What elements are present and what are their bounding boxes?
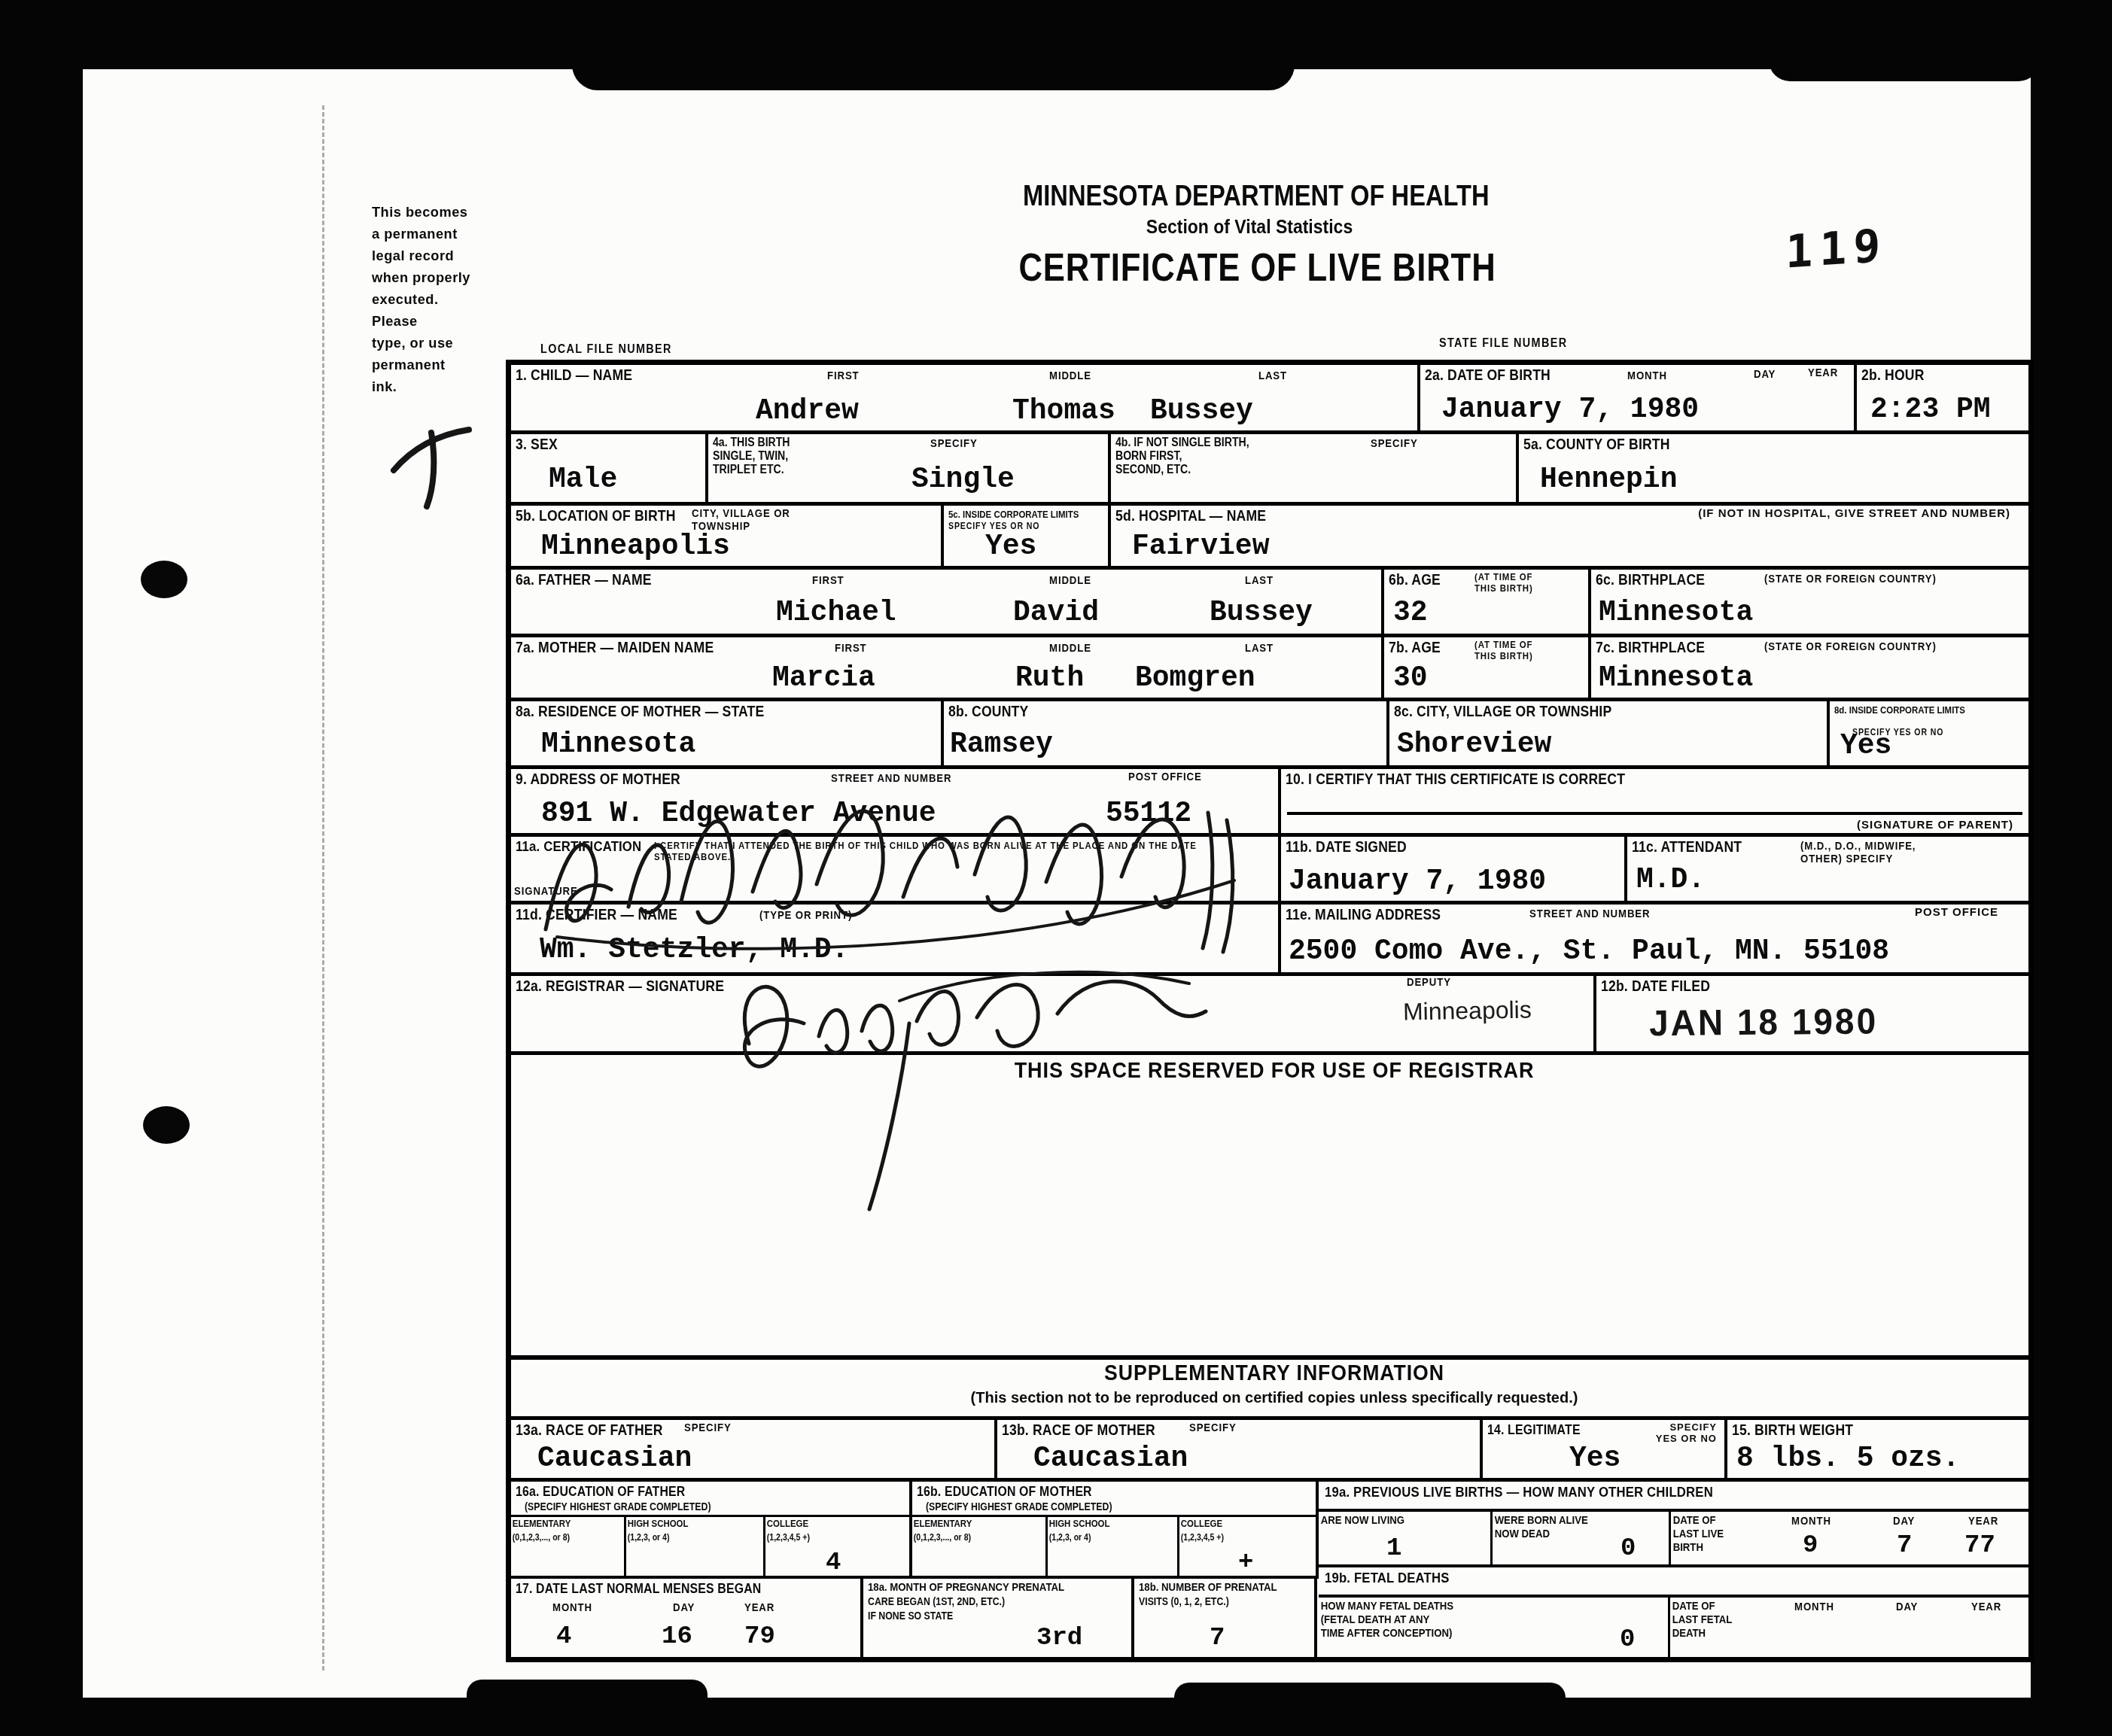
parent-signature-line <box>1287 812 2022 815</box>
field-birth-weight: 15. BIRTH WEIGHT 8 lbs. 5 ozs. <box>1727 1420 2028 1482</box>
certification-text: I CERTIFY THAT I ATTENDED THE BIRTH OF T… <box>654 840 1199 862</box>
local-file-number-label: LOCAL FILE NUMBER <box>540 343 672 357</box>
date-of-last-fetal-death-cell: DATE OF LAST FETAL DEATH MONTH DAY YEAR <box>1670 1595 2028 1657</box>
supplementary-header: SUPPLEMENTARY INFORMATION (This section … <box>511 1360 2028 1420</box>
stamped-certificate-number: 119 <box>1785 219 1887 279</box>
date-signed-value: January 7, 1980 <box>1289 865 1546 898</box>
certificate-form: 1. CHILD — NAME FIRST MIDDLE LAST Andrew… <box>506 360 2034 1662</box>
scan-top-band <box>0 0 2112 69</box>
mother-first-name: Marcia <box>772 662 875 695</box>
scan-top-blob <box>1769 60 2040 81</box>
field-certification: 11a. CERTIFICATION I CERTIFY THAT I ATTE… <box>511 837 1281 904</box>
sex-value: Male <box>549 464 617 496</box>
mother-college-cell: COLLEGE (1,2,3,4,5 +) + <box>1179 1515 1319 1579</box>
deputy-label: DEPUTY <box>1407 976 1451 989</box>
race-of-father-value: Caucasian <box>537 1443 692 1475</box>
mother-birthplace-value: Minnesota <box>1599 662 1753 695</box>
are-now-living-cell: ARE NOW LIVING 1 <box>1319 1509 1493 1567</box>
father-high-school-cell: HIGH SCHOOL (1,2,3, or 4) <box>626 1515 765 1579</box>
field-previous-live-births: 19a. PREVIOUS LIVE BIRTHS — HOW MANY OTH… <box>1319 1482 2028 1657</box>
menses-day: 16 <box>662 1622 692 1651</box>
document-title: CERTIFICATE OF LIVE BIRTH <box>1018 245 1480 290</box>
scan-bottom-band <box>0 1698 2112 1736</box>
field-mailing-address: 11e. MAILING ADDRESS STREET AND NUMBER P… <box>1281 904 2028 976</box>
father-last-name: Bussey <box>1210 597 1313 629</box>
mailing-address-value: 2500 Como Ave., St. Paul, MN. 55108 <box>1289 935 1889 968</box>
field-residence-county: 8b. COUNTY Ramsey <box>944 701 1389 769</box>
registrar-space-title: THIS SPACE RESERVED FOR USE OF REGISTRAR <box>592 1058 1957 1084</box>
father-college-cell: COLLEGE (1,2,3,4,5 +) 4 <box>765 1515 912 1579</box>
field-prenatal-visits: 18b. NUMBER OF PRENATAL VISITS (0, 1, 2,… <box>1134 1579 1317 1657</box>
field-if-not-single-birth: 4b. IF NOT SINGLE BIRTH, BORN FIRST, SEC… <box>1111 434 1519 506</box>
field-father-birthplace: 6c. BIRTHPLACE (STATE OR FOREIGN COUNTRY… <box>1591 570 2028 637</box>
field-hospital-name: 5d. HOSPITAL — NAME (IF NOT IN HOSPITAL,… <box>1111 506 2028 570</box>
father-elementary-cell: ELEMENTARY (0,1,2,3,..., or 8) <box>511 1515 626 1579</box>
field-race-of-mother: 13b. RACE OF MOTHER SPECIFY Caucasian <box>997 1420 1483 1482</box>
field-date-signed: 11b. DATE SIGNED January 7, 1980 <box>1281 837 1627 904</box>
last-birth-day: 7 <box>1897 1531 1912 1560</box>
scanned-birth-certificate: This becomes a permanent legal record wh… <box>0 0 2112 1736</box>
hospital-hint: (IF NOT IN HOSPITAL, GIVE STREET AND NUM… <box>1698 507 2010 520</box>
field-last-menses: 17. DATE LAST NORMAL MENSES BEGAN MONTH … <box>511 1579 863 1657</box>
field-address-of-mother: 9. ADDRESS OF MOTHER STREET AND NUMBER P… <box>511 769 1281 837</box>
hole-punch <box>141 561 187 598</box>
field-certifier-name: 11d. CERTIFIER — NAME (TYPE OR PRINT) Wm… <box>511 904 1281 976</box>
field-father-age: 6b. AGE (AT TIME OF THIS BIRTH) 32 <box>1384 570 1591 637</box>
supplementary-subtitle: (This section not to be reproduced on ce… <box>516 1390 2033 1407</box>
margin-note: This becomes a permanent legal record wh… <box>372 202 524 398</box>
field-residence-corporate-limits: 8d. INSIDE CORPORATE LIMITS SPECIFY YES … <box>1830 701 2028 769</box>
date-of-last-live-birth-cell: DATE OF LAST LIVE BIRTH MONTH DAY YEAR 9… <box>1671 1509 2028 1567</box>
legitimate-value: Yes <box>1569 1443 1621 1475</box>
how-many-fetal-deaths-cell: HOW MANY FETAL DEATHS (FETAL DEATH AT AN… <box>1319 1595 1670 1657</box>
this-birth-value: Single <box>911 464 1015 496</box>
field-mother-maiden-name: 7a. MOTHER — MAIDEN NAME FIRST MIDDLE LA… <box>511 637 1384 701</box>
registrar-reserved-space: THIS SPACE RESERVED FOR USE OF REGISTRAR <box>511 1055 2028 1360</box>
scan-right-band <box>2031 0 2112 1736</box>
scan-bottom-blob <box>467 1680 708 1702</box>
now-dead-value: 0 <box>1621 1534 1636 1563</box>
attendant-value: M.D. <box>1636 864 1705 896</box>
address-post-office-value: 55112 <box>1106 798 1191 830</box>
father-age-value: 32 <box>1393 597 1428 629</box>
field-county-of-birth: 5a. COUNTY OF BIRTH Hennepin <box>1519 434 2028 506</box>
father-college-value: 4 <box>826 1549 841 1577</box>
last-birth-year: 77 <box>1964 1531 1995 1560</box>
child-middle-name: Thomas <box>1012 395 1115 427</box>
deputy-value: Minneapolis <box>1403 996 1532 1026</box>
field-hour: 2b. HOUR 2:23 PM <box>1857 365 2028 434</box>
child-first-name: Andrew <box>756 395 859 427</box>
field-residence-of-mother: 8a. RESIDENCE OF MOTHER — STATE Minnesot… <box>511 701 944 769</box>
field-inside-corporate-limits: 5c. INSIDE CORPORATE LIMITS SPECIFY YES … <box>944 506 1111 570</box>
field-race-of-father: 13a. RACE OF FATHER SPECIFY Caucasian <box>511 1420 997 1482</box>
fetal-deaths-label: 19b. FETAL DEATHS <box>1325 1570 1450 1587</box>
field-sex: 3. SEX Male <box>511 434 708 506</box>
father-first-name: Michael <box>776 597 896 629</box>
residence-state-value: Minnesota <box>541 728 695 761</box>
prenatal-care-value: 3rd <box>1036 1624 1082 1652</box>
fold-mark <box>322 105 324 1671</box>
mother-high-school-cell: HIGH SCHOOL (1,2,3, or 4) <box>1048 1515 1179 1579</box>
menses-month: 4 <box>556 1622 571 1651</box>
living-value: 1 <box>1386 1534 1401 1563</box>
hour-value: 2:23 PM <box>1870 394 1991 426</box>
field-prenatal-care-began: 18a. MONTH OF PREGNANCY PRENATAL CARE BE… <box>863 1579 1134 1657</box>
field-father-name: 6a. FATHER — NAME FIRST MIDDLE LAST Mich… <box>511 570 1384 637</box>
child-last-name: Bussey <box>1150 395 1253 427</box>
hole-punch <box>143 1106 190 1144</box>
field-parent-certification: 10. I CERTIFY THAT THIS CERTIFICATE IS C… <box>1281 769 2028 837</box>
fetal-deaths-value: 0 <box>1620 1625 1635 1654</box>
race-of-mother-value: Caucasian <box>1033 1443 1188 1475</box>
last-birth-month: 9 <box>1803 1531 1818 1560</box>
field-date-filed: 12b. DATE FILED JAN 18 1980 <box>1596 976 2028 1055</box>
state-file-number-label: STATE FILE NUMBER <box>1439 337 1567 351</box>
mother-age-value: 30 <box>1393 662 1428 695</box>
location-of-birth-value: Minneapolis <box>541 531 730 563</box>
field-child-name: 1. CHILD — NAME FIRST MIDDLE LAST Andrew… <box>511 365 1420 434</box>
supplementary-title: SUPPLEMENTARY INFORMATION <box>577 1361 1973 1386</box>
residence-limits-value: Yes <box>1840 730 1891 762</box>
header-section: Section of Vital Statistics <box>1007 217 1492 239</box>
father-middle-name: David <box>1013 597 1099 629</box>
date-filed-stamp: JAN 18 1980 <box>1649 999 1879 1044</box>
field-this-birth: 4a. THIS BIRTH SINGLE, TWIN, TRIPLET ETC… <box>708 434 1111 506</box>
birth-weight-value: 8 lbs. 5 ozs. <box>1736 1443 1959 1475</box>
date-of-birth-value: January 7, 1980 <box>1441 394 1699 426</box>
field-mother-birthplace: 7c. BIRTHPLACE (STATE OR FOREIGN COUNTRY… <box>1591 637 2028 701</box>
mother-last-name: Bomgren <box>1135 662 1255 695</box>
scan-bottom-blob <box>1174 1683 1566 1702</box>
signature-of-parent-hint: (SIGNATURE OF PARENT) <box>1857 819 2013 832</box>
mother-elementary-cell: ELEMENTARY (0,1,2,3,..., or 8) <box>912 1515 1048 1579</box>
menses-year: 79 <box>744 1622 775 1651</box>
field-residence-city: 8c. CITY, VILLAGE OR TOWNSHIP Shoreview <box>1389 701 1830 769</box>
field-attendant: 11c. ATTENDANT (M.D., D.O., MIDWIFE, OTH… <box>1627 837 2028 904</box>
header-department: MINNESOTA DEPARTMENT OF HEALTH <box>1023 181 1476 213</box>
hospital-value: Fairview <box>1132 531 1269 563</box>
residence-city-value: Shoreview <box>1397 728 1551 761</box>
born-alive-now-dead-cell: WERE BORN ALIVE NOW DEAD 0 <box>1493 1509 1671 1567</box>
scan-top-blob <box>572 65 1295 90</box>
county-of-birth-value: Hennepin <box>1540 464 1677 496</box>
mother-middle-name: Ruth <box>1015 662 1084 695</box>
signature-label: SIGNATURE <box>514 885 578 898</box>
field-registrar-signature: 12a. REGISTRAR — SIGNATURE DEPUTY Minnea… <box>511 976 1596 1055</box>
corporate-limits-value: Yes <box>985 531 1036 563</box>
father-birthplace-value: Minnesota <box>1599 597 1753 629</box>
certifier-name-value: Wm. Stetzler, M.D. <box>540 934 848 966</box>
address-street-value: 891 W. Edgewater Avenue <box>541 798 936 830</box>
field-location-of-birth: 5b. LOCATION OF BIRTH CITY, VILLAGE OR T… <box>511 506 944 570</box>
field-education-of-father: 16a. EDUCATION OF FATHER (SPECIFY HIGHES… <box>511 1482 912 1579</box>
prenatal-visits-value: 7 <box>1210 1624 1225 1652</box>
field-education-of-mother: 16b. EDUCATION OF MOTHER (SPECIFY HIGHES… <box>912 1482 1319 1579</box>
scan-left-band <box>0 0 83 1736</box>
field-mother-age: 7b. AGE (AT TIME OF THIS BIRTH) 30 <box>1384 637 1591 701</box>
field-date-of-birth: 2a. DATE OF BIRTH MONTH DAY YEAR January… <box>1420 365 1857 434</box>
mother-college-value: + <box>1238 1549 1253 1577</box>
residence-county-value: Ramsey <box>950 728 1053 761</box>
field-legitimate: 14. LEGITIMATE SPECIFY YES OR NO Yes <box>1483 1420 1727 1482</box>
